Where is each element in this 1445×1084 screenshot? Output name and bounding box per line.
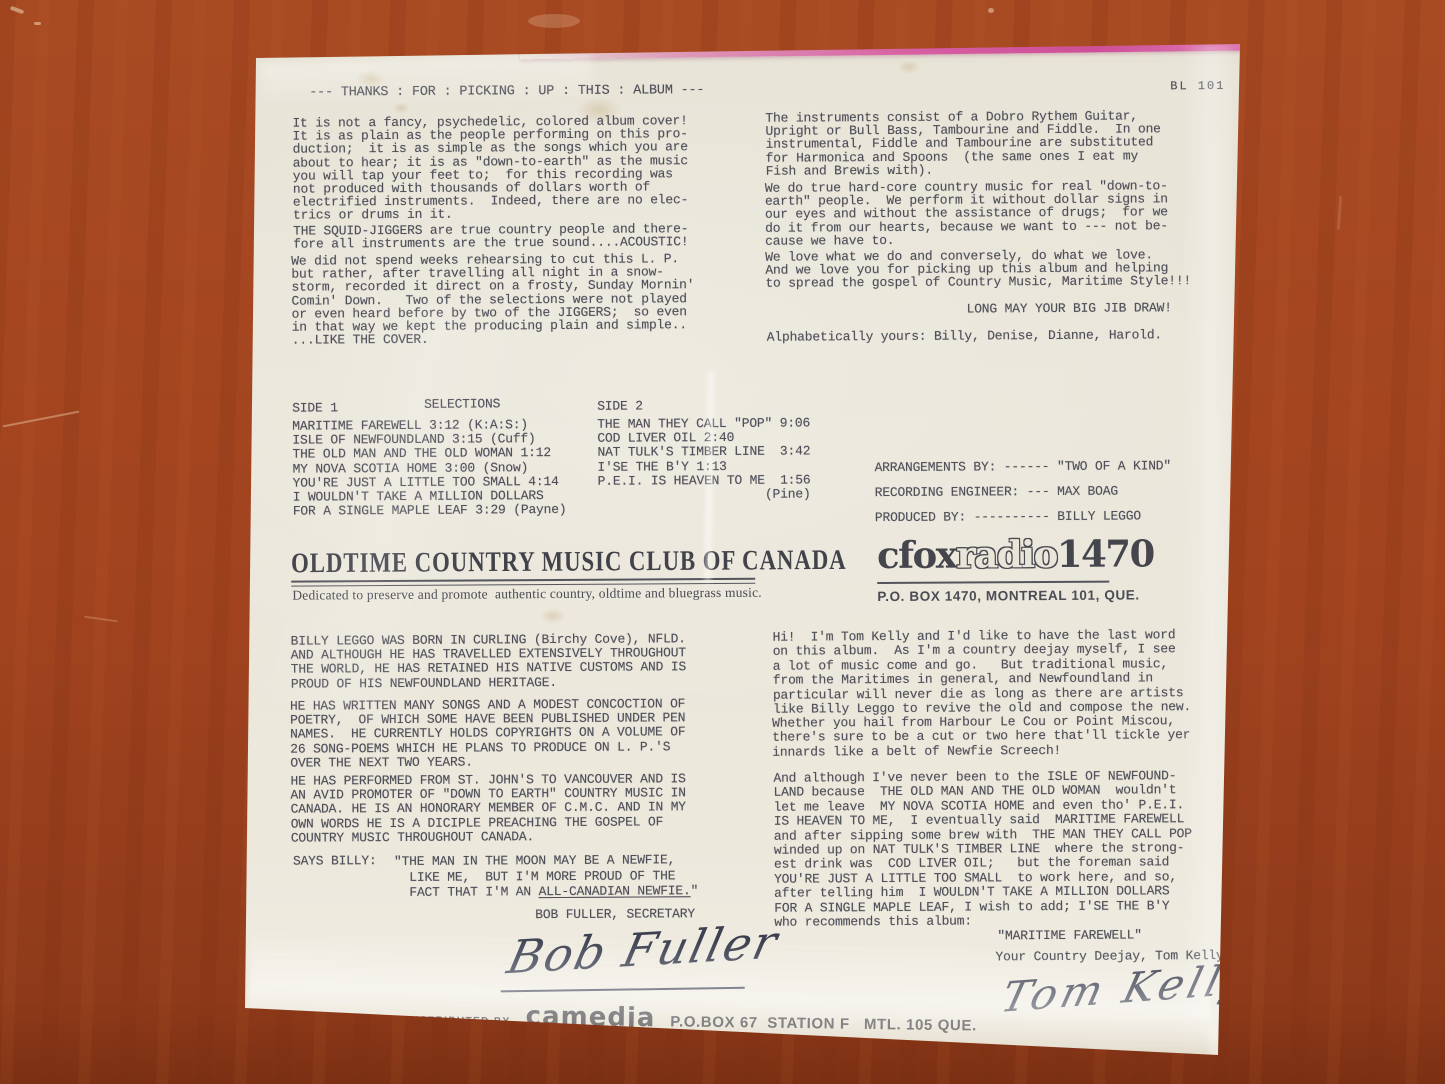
billy-quote-tail: FACT THAT I'M AN xyxy=(394,884,539,900)
deejay-paragraph-2: Whether you hail from Harbour Le Cou or … xyxy=(772,714,1190,760)
side2-track-list: THE MAN THEY CALL "POP" 9:06 COD LIVER O… xyxy=(597,416,810,503)
bob-fuller-signature-underline xyxy=(501,987,745,993)
table-speck xyxy=(988,8,994,13)
table-smudge xyxy=(528,14,580,28)
deejay-paragraph-1: Hi! I'm Tom Kelly and I'd like to have t… xyxy=(773,628,1192,717)
table-speck xyxy=(34,22,41,25)
intro-left-paragraph-1: It is not a fancy, psychedelic, colored … xyxy=(292,114,688,222)
photo-scene: BL 101 --- THANKS : FOR : PICKING : UP :… xyxy=(0,0,1445,1084)
slogan-line: LONG MAY YOUR BIG JIB DRAW! xyxy=(967,301,1172,316)
says-billy-label: SAYS BILLY: xyxy=(293,854,377,869)
radio-address: P.O. BOX 1470, MONTREAL 101, QUE. xyxy=(877,587,1139,604)
deejay-paragraph-3: And although I've never been to the ISLE… xyxy=(773,769,1192,930)
club-banner-title: OLDTIME COUNTRY MUSIC CLUB OF CANADA xyxy=(291,545,847,580)
club-tagline: Dedicated to preserve and promote authen… xyxy=(292,585,762,604)
intro-right-paragraph-3: We love what we do and conversely, do wh… xyxy=(765,248,1191,290)
bio-paragraph-1: BILLY LEGGO WAS BORN IN CURLING (Birchy … xyxy=(291,632,687,691)
billy-quote: "THE MAN IN THE MOON MAY BE A NEWFIE, LI… xyxy=(394,852,698,900)
billy-quote-close: " xyxy=(691,883,699,898)
selections-title: SELECTIONS xyxy=(424,397,500,412)
credits-list: ARRANGEMENTS BY: ------ "TWO OF A KIND" … xyxy=(874,453,1171,530)
billy-quote-underlined: ALL-CANADIAN NEWFIE. xyxy=(539,883,691,899)
radio-logo-radio: radio xyxy=(956,532,1057,577)
intro-left-paragraph-2: THE SQUID-JIGGERS are true country peopl… xyxy=(293,222,688,251)
radio-logo-freq: 1470 xyxy=(1057,531,1154,576)
radio-logo-rule xyxy=(877,581,1109,584)
secretary-line: BOB FULLER, SECRETARY xyxy=(535,907,695,922)
side1-label: SIDE 1 xyxy=(292,401,338,415)
side1-track-list: MARITIME FAREWELL 3:12 (K:A:S:) ISLE OF … xyxy=(292,418,566,519)
radio-logo: cfoxradio1470 xyxy=(877,535,1154,573)
side2-label: SIDE 2 xyxy=(597,399,643,413)
bio-paragraph-2: HE HAS WRITTEN MANY SONGS AND A MODEST C… xyxy=(290,697,686,770)
recommend-title: "MARITIME FAREWELL" xyxy=(997,928,1142,943)
signoff-line: Alphabetically yours: Billy, Denise, Dia… xyxy=(767,328,1162,345)
intro-right-paragraph-1: The instruments consist of a Dobro Rythe… xyxy=(765,109,1161,177)
tom-kelly-signature: Tom Kelly xyxy=(996,954,1258,1022)
thanks-header: --- THANKS : FOR : PICKING : UP : THIS :… xyxy=(309,84,704,100)
radio-logo-cfox: cfox xyxy=(877,533,956,577)
intro-right-paragraph-2: We do true hard-core country music for r… xyxy=(765,179,1168,247)
catalog-number: BL 101 xyxy=(1170,79,1225,94)
billy-quote-head: "THE MAN IN THE MOON MAY BE A NEWFIE, LI… xyxy=(394,852,675,884)
intro-left-paragraph-3: We did not spend weeks rehearsing to cut… xyxy=(291,252,694,347)
bio-paragraph-3: HE HAS PERFORMED FROM ST. JOHN'S TO VANC… xyxy=(290,772,686,845)
bob-fuller-signature: Bob Fuller xyxy=(503,915,785,985)
